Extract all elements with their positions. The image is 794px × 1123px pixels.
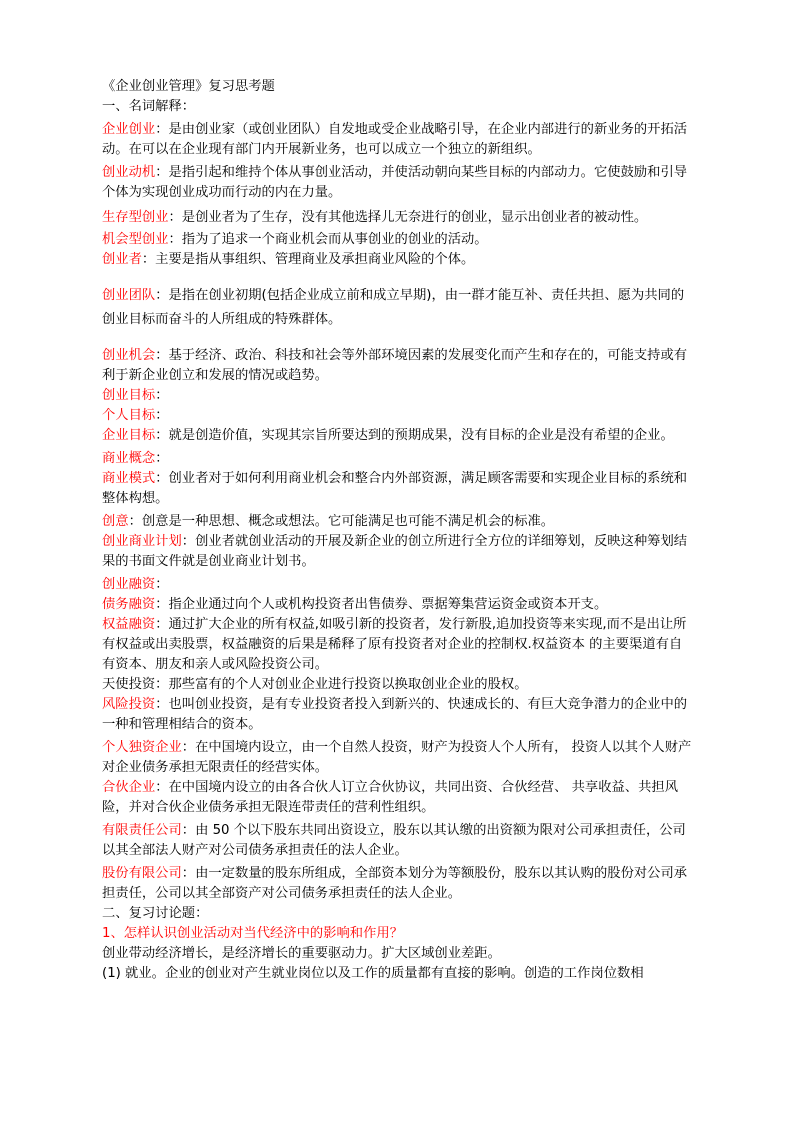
term-entry: 机会型创业：指为了追求一个商业机会而从事创业的创业的活动。 [102, 230, 692, 250]
term-entry: 合伙企业：在中国境内设立的由各合伙人订立合伙协议，共同出资、合伙经营、 共享收益… [102, 778, 692, 818]
term-definition: ：主要是指从事组织、管理商业及承担商业风险的个体。 [142, 252, 474, 267]
answer-paragraph: 创业带动经济增长，是经济增长的重要驱动力。扩大区域创业差距。 [102, 944, 692, 964]
term-entry: 权益融资：通过扩大企业的所有权益,如吸引新的投资者，发行新股,追加投资等来实现,… [102, 615, 692, 675]
term-definition: ：是由创业家（或创业团队）自发地或受企业战略引导，在企业内部进行的新业务的开拓活… [102, 122, 687, 157]
term-definition: ：由一定数量的股东所组成，全部资本划分为等额股份，股东以其认购的股份对公司承担责… [102, 866, 687, 901]
term-entry: 债务融资：指企业通过向个人或机构投资者出售债券、票据筹集营运资金或资本开支。 [102, 595, 692, 615]
section-heading-terms: 一、名词解释： [102, 97, 692, 117]
term-entry: 企业目标：就是创造价值，实现其宗旨所要达到的预期成果，没有目标的企业是没有希望的… [102, 426, 692, 446]
term-label: 权益融资 [102, 617, 155, 632]
question-1: 1、怎样认识创业活动对当代经济中的影响和作用？ [102, 924, 692, 944]
term-entry: 企业创业：是由创业家（或创业团队）自发地或受企业战略引导，在企业内部进行的新业务… [102, 120, 692, 160]
term-label: 企业目标 [102, 428, 155, 443]
term-label: 生存型创业 [102, 210, 168, 225]
term-label: 创业者 [102, 252, 142, 267]
term-label: 个人目标 [102, 408, 155, 423]
document-page: 《企业创业管理》复习思考题 一、名词解释： 企业创业：是由创业家（或创业团队）自… [102, 77, 692, 984]
term-definition: ：是指引起和维持个体从事创业活动，并使活动朝向某些目标的内部动力。它使鼓励和引导… [102, 165, 687, 200]
term-entry: 创业者：主要是指从事组织、管理商业及承担商业风险的个体。 [102, 250, 692, 270]
term-definition: ：在中国境内设立的由各合伙人订立合伙协议，共同出资、合伙经营、 共享收益、共担风… [102, 780, 678, 815]
section-heading-discussion: 二、复习讨论题： [102, 904, 692, 924]
term-definition: ： [155, 577, 168, 592]
term-entry: 创业机会：基于经济、政治、科技和社会等外部环境因素的发展变化而产生和存在的，可能… [102, 346, 692, 386]
term-entry: 创业目标： [102, 386, 692, 406]
term-definition: ：是指在创业初期(包括企业成立前和成立早期)，由一群才能互补、责任共担、愿为共同… [102, 288, 684, 327]
answer-paragraph: (1) 就业。企业的创业对产生就业岗位以及工作的质量都有直接的影响。创造的工作岗… [102, 964, 692, 984]
term-definition: ：由 50 个以下股东共同出资设立，股东以其认缴的出资额为限对公司承担责任，公司… [102, 823, 686, 858]
term-label: 创业动机 [102, 165, 155, 180]
term-entry: 风险投资：也叫创业投资，是有专业投资者投入到新兴的、快速成长的、有巨大竞争潜力的… [102, 695, 692, 735]
term-definition: ： [155, 388, 168, 403]
term-entry: 创意：创意是一种思想、概念或想法。它可能满足也可能不满足机会的标准。 [102, 512, 692, 532]
term-entry: 有限责任公司：由 50 个以下股东共同出资设立，股东以其认缴的出资额为限对公司承… [102, 821, 692, 861]
term-entry: 创业商业计划：创业者就创业活动的开展及新企业的创立所进行全方位的详细筹划，反映这… [102, 532, 692, 572]
term-label: 创业商业计划 [102, 534, 182, 549]
term-label: 机会型创业 [102, 232, 168, 247]
term-definition: ：也叫创业投资，是有专业投资者投入到新兴的、快速成长的、有巨大竞争潜力的企业中的… [102, 697, 687, 732]
term-entry: 股份有限公司：由一定数量的股东所组成，全部资本划分为等额股份，股东以其认购的股份… [102, 864, 692, 904]
term-entry: 创业融资： [102, 575, 692, 595]
term-entry-plain: 天使投资：那些富有的个人对创业企业进行投资以换取创业企业的股权。 [102, 675, 692, 695]
term-entry: 生存型创业：是创业者为了生存，没有其他选择儿无奈进行的创业，显示出创业者的被动性… [102, 206, 692, 230]
term-label: 创业目标 [102, 388, 155, 403]
term-definition: ：创业者对于如何利用商业机会和整合内外部资源，满足顾客需要和实现企业目标的系统和… [102, 471, 687, 506]
term-label: 股份有限公司 [102, 866, 182, 881]
document-title: 《企业创业管理》复习思考题 [102, 77, 692, 97]
term-label: 风险投资 [102, 697, 155, 712]
term-definition: ：指企业通过向个人或机构投资者出售债券、票据筹集营运资金或资本开支。 [155, 597, 607, 612]
term-entry: 创业团队：是指在创业初期(包括企业成立前和成立早期)，由一群才能互补、责任共担、… [102, 284, 692, 332]
term-entry: 个人目标： [102, 406, 692, 426]
term-definition: ：创意是一种思想、概念或想法。它可能满足也可能不满足机会的标准。 [129, 514, 555, 529]
term-label: 商业概念 [102, 451, 155, 466]
term-definition: ：指为了追求一个商业机会而从事创业的创业的活动。 [168, 232, 487, 247]
term-label: 个人独资企业 [102, 740, 182, 755]
term-definition: ：是创业者为了生存，没有其他选择儿无奈进行的创业，显示出创业者的被动性。 [168, 210, 647, 225]
term-entry: 创业动机：是指引起和维持个体从事创业活动，并使活动朝向某些目标的内部动力。它使鼓… [102, 163, 692, 203]
term-definition: 天使投资：那些富有的个人对创业企业进行投资以换取创业企业的股权。 [102, 677, 528, 692]
term-label: 创业融资 [102, 577, 155, 592]
term-entry: 商业概念： [102, 449, 692, 469]
term-label: 合伙企业 [102, 780, 155, 795]
term-definition: ：就是创造价值，实现其宗旨所要达到的预期成果，没有目标的企业是没有希望的企业。 [155, 428, 674, 443]
term-definition: ： [155, 408, 168, 423]
term-label: 商业模式 [102, 471, 155, 486]
term-definition: ： [155, 451, 168, 466]
term-label: 创业机会 [102, 348, 155, 363]
term-definition: ：通过扩大企业的所有权益,如吸引新的投资者，发行新股,追加投资等来实现,而不是出… [102, 617, 686, 672]
term-entry: 商业模式：创业者对于如何利用商业机会和整合内外部资源，满足顾客需要和实现企业目标… [102, 469, 692, 509]
term-definition: ：基于经济、政治、科技和社会等外部环境因素的发展变化而产生和存在的，可能支持或有… [102, 348, 687, 383]
term-label: 创意 [102, 514, 129, 529]
term-label: 创业团队 [102, 288, 155, 303]
term-definition: ：创业者就创业活动的开展及新企业的创立所进行全方位的详细筹划，反映这种筹划结果的… [102, 534, 687, 569]
term-label: 企业创业 [102, 122, 155, 137]
term-definition: ：在中国境内设立，由一个自然人投资，财产为投资人个人所有， 投资人以其个人财产对… [102, 740, 691, 775]
term-entry: 个人独资企业：在中国境内设立，由一个自然人投资，财产为投资人个人所有， 投资人以… [102, 738, 692, 778]
term-label: 有限责任公司 [102, 823, 182, 838]
term-label: 债务融资 [102, 597, 155, 612]
